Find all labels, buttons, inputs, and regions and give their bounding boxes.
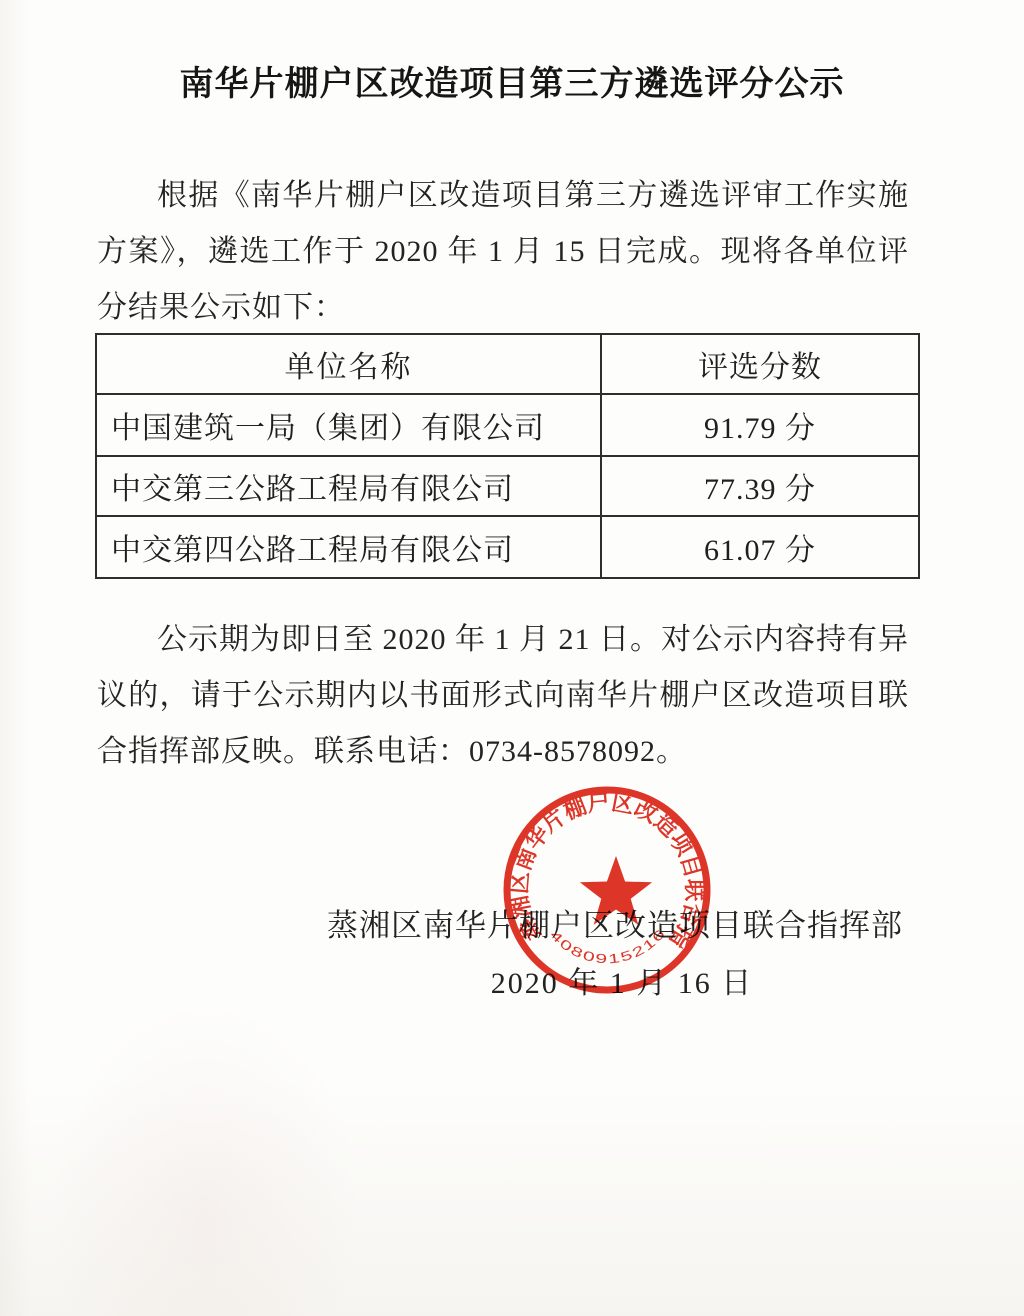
table-header-row: 单位名称 评选分数: [96, 334, 919, 394]
unit-name-cell: 中交第三公路工程局有限公司: [96, 456, 601, 516]
table-row: 中国建筑一局（集团）有限公司 91.79 分: [96, 394, 919, 456]
table-header-score: 评选分数: [601, 334, 919, 394]
score-cell: 61.07 分: [601, 516, 919, 578]
paragraph-intro: 根据《南华片棚户区改造项目第三方遴选评审工作实施方案》，遴选工作于 2020 年…: [97, 168, 909, 336]
table-header-unit-name: 单位名称: [96, 334, 601, 394]
stamp-seal-graphic: 蒸湘区南华片棚户区改造项目联合指挥部 4080915216: [500, 783, 714, 997]
scanned-document-page: 南华片棚户区改造项目第三方遴选评分公示 根据《南华片棚户区改造项目第三方遴选评审…: [0, 0, 1024, 1316]
official-stamp: 蒸湘区南华片棚户区改造项目联合指挥部 4080915216: [500, 783, 714, 997]
score-table: 单位名称 评选分数 中国建筑一局（集团）有限公司 91.79 分 中交第三公路工…: [95, 333, 920, 579]
page-title: 南华片棚户区改造项目第三方遴选评分公示: [0, 56, 1024, 105]
table-row: 中交第三公路工程局有限公司 77.39 分: [96, 456, 919, 516]
score-cell: 77.39 分: [601, 456, 919, 516]
paragraph-notice: 公示期为即日至 2020 年 1 月 21 日。对公示内容持有异议的，请于公示期…: [97, 612, 909, 780]
stamp-ring-text: 蒸湘区南华片棚户区改造项目联合指挥部: [500, 783, 708, 953]
unit-name-cell: 中交第四公路工程局有限公司: [96, 516, 601, 578]
stamp-serial: 4080915216: [547, 925, 669, 966]
unit-name-cell: 中国建筑一局（集团）有限公司: [96, 394, 601, 456]
score-cell: 91.79 分: [601, 394, 919, 456]
star-icon: [580, 856, 652, 925]
table-row: 中交第四公路工程局有限公司 61.07 分: [96, 516, 919, 578]
